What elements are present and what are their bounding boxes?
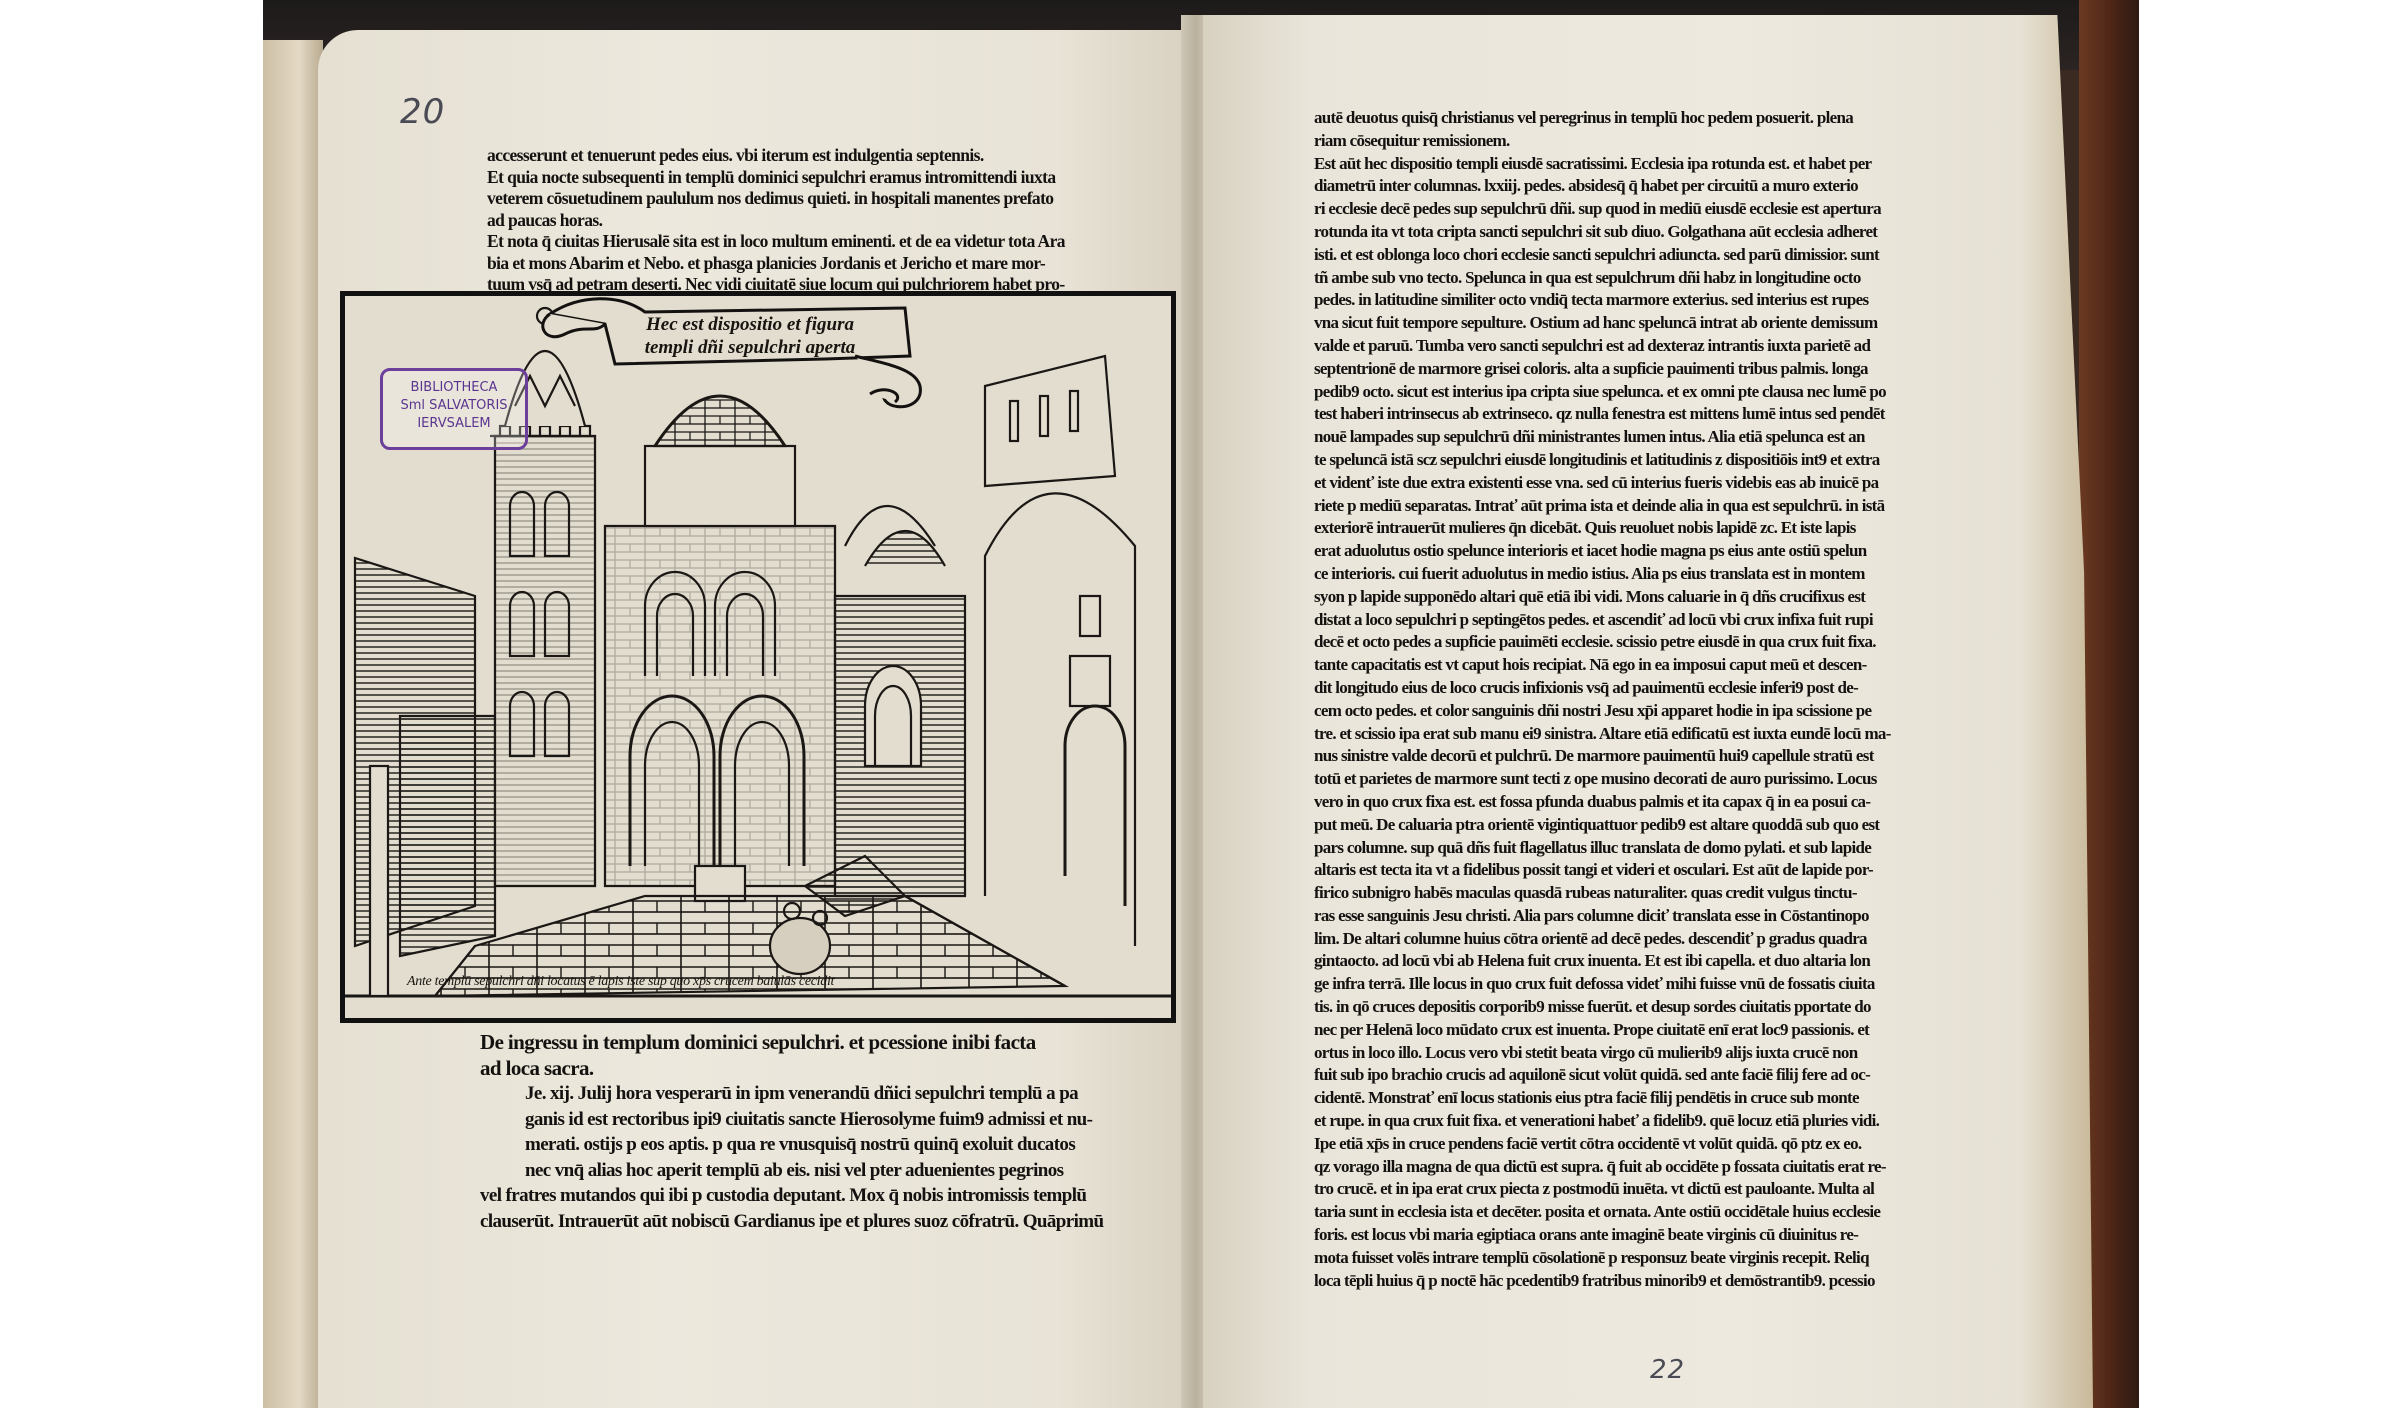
- text-line: nus sinistre valde decorū et pulchrū. De…: [1314, 745, 2026, 768]
- text-line: qz vorago illa magna de qua dictū est su…: [1314, 1156, 2026, 1179]
- text-line: loca tēpli huius q̄ p noctē hāc pcedenti…: [1314, 1270, 2026, 1293]
- left-page: 20 accesserunt et tenuerunt pedes eius. …: [318, 30, 1188, 1408]
- text-line: valde et paruū. Tumba vero sancti sepulc…: [1314, 335, 2026, 358]
- text-line: autē deuotus quisq̄ christianus vel pere…: [1314, 107, 2026, 130]
- text-line: veterem cōsuetudinem paululum nos dedimu…: [487, 188, 1127, 210]
- text-line: Je. xij. Julij hora vesperarū in ipm ven…: [480, 1081, 1180, 1107]
- text-line: test haberi intrinsecus ab extrinseco. q…: [1314, 403, 2026, 426]
- text-line: pedes. in latitudine similiter octo vndi…: [1314, 289, 2026, 312]
- text-line: pedib9 octo. sicut est interius ipa crip…: [1314, 381, 2026, 404]
- text-line: totū et parietes de marmore sunt tecti z…: [1314, 768, 2026, 791]
- text-line: isti. et est oblonga loco chori ecclesie…: [1314, 244, 2026, 267]
- text-line: riete p mediū separatas. Intrať aūt prim…: [1314, 495, 2026, 518]
- text-line: nec per Helenā loco mūdato crux est inue…: [1314, 1019, 2026, 1042]
- text-line: gintaocto. ad locū vbi ab Helena fuit cr…: [1314, 950, 2026, 973]
- text-line: altaris est tecta ita vt a fidelibus pos…: [1314, 859, 2026, 882]
- stamp-line: IERVSALEM: [383, 415, 525, 433]
- text-line: ortus in loco illo. Locus vero vbi steti…: [1314, 1042, 2026, 1065]
- woodcut-banner-text: Hec est dispositio et figura templi dñi …: [625, 313, 875, 359]
- page-number-left: 20: [400, 92, 445, 132]
- book-board-left: [263, 40, 323, 1408]
- text-line: exteriorē intrauerūt mulieres q̄n dicebā…: [1314, 517, 2026, 540]
- text-line: merati. ostijs p eos aptis. p qua re vnu…: [480, 1132, 1180, 1158]
- stamp-line: Sml SALVATORIS: [383, 397, 525, 415]
- text-line: distat a loco sepulchri p septingētos pe…: [1314, 609, 2026, 632]
- text-line: septentrionē de marmore grisei coloris. …: [1314, 358, 2026, 381]
- banner-line: templi dñi sepulchri aperta: [625, 336, 875, 359]
- text-line: vero in quo crux fixa est. est fossa pfu…: [1314, 791, 2026, 814]
- text-line: foris. est locus vbi maria egiptiaca ora…: [1314, 1224, 2026, 1247]
- text-line: rotunda ita vt tota cripta sancti sepulc…: [1314, 221, 2026, 244]
- text-line: ce interioris. cui fuerit aduolutus in m…: [1314, 563, 2026, 586]
- text-line: Et nota q̄ ciuitas Hierusalē sita est in…: [487, 231, 1127, 253]
- text-line: erat aduolutus ostio spelunce interioris…: [1314, 540, 2026, 563]
- text-line: te speluncā istā scz sepulchri eiusdē lo…: [1314, 449, 2026, 472]
- woodcut-illustration: Hec est dispositio et figura templi dñi …: [340, 291, 1176, 1023]
- text-line: tro crucē. et in ipa erat crux piecta z …: [1314, 1178, 2026, 1201]
- section-heading: De ingressu in templum dominici sepulchr…: [480, 1030, 1180, 1056]
- text-line: et videnť iste due extra existenti esse …: [1314, 472, 2026, 495]
- text-line: pars columne. sup quā dñs fuit flagellat…: [1314, 837, 2026, 860]
- text-line: vel fratres mutandos qui ibi p custodia …: [480, 1183, 1180, 1209]
- text-line: bia et mons Abarim et Nebo. et phasga pl…: [487, 253, 1127, 275]
- text-line: Et quia nocte subsequenti in templū domi…: [487, 167, 1127, 189]
- text-line: firico subnigro habēs maculas quasdā rub…: [1314, 882, 2026, 905]
- text-line: ge infra terrā. Ille locus in quo crux f…: [1314, 973, 2026, 996]
- text-line: ganis id est rectoribus ipi9 ciuitatis s…: [480, 1107, 1180, 1133]
- right-page-body-text: autē deuotus quisq̄ christianus vel pere…: [1314, 107, 2026, 1292]
- stamp-line: BIBLIOTHECA: [383, 379, 525, 397]
- text-line: fuit sub ipo brachio crucis ad aquilonē …: [1314, 1064, 2026, 1087]
- book-photo: 20 accesserunt et tenuerunt pedes eius. …: [263, 0, 2139, 1408]
- text-line: cem octo pedes. et color sanguinis dñi n…: [1314, 700, 2026, 723]
- text-line: ri ecclesie decē pedes sup sepulchrū dñi…: [1314, 198, 2026, 221]
- text-line: mota fuisset volēs intrare templū cōsola…: [1314, 1247, 2026, 1270]
- text-line: Ipe etiā xp̄s in cruce pendens faciē ver…: [1314, 1133, 2026, 1156]
- text-line: vna sicut fuit tempore sepulture. Ostium…: [1314, 312, 2026, 335]
- page-number-bottom: 22: [1650, 1355, 1685, 1385]
- text-line: syon p lapide supponēdo altari quē etiā …: [1314, 586, 2026, 609]
- text-line: tre. et scissio ipa erat sub manu ei9 si…: [1314, 723, 2026, 746]
- text-line: tñ ambe sub vno tecto. Spelunca in qua e…: [1314, 267, 2026, 290]
- text-line: accesserunt et tenuerunt pedes eius. vbi…: [487, 145, 1127, 167]
- left-page-bottom-section: De ingressu in templum dominici sepulchr…: [480, 1030, 1180, 1234]
- text-line: put meū. De caluaria ptra orientē vigint…: [1314, 814, 2026, 837]
- banner-line: Hec est dispositio et figura: [625, 313, 875, 336]
- text-line: decē et octo pedes a supficie pauimēti e…: [1314, 631, 2026, 654]
- woodcut-caption: Ante templū sepulchri dñi locatus ē lapi…: [407, 974, 1137, 990]
- text-line: diametrū inter columnas. lxxiij. pedes. …: [1314, 175, 2026, 198]
- text-line: dit longitudo eius de loco crucis infixi…: [1314, 677, 2026, 700]
- text-line: cidentē. Monstrať enī locus stationis ei…: [1314, 1087, 2026, 1110]
- section-heading: ad loca sacra.: [480, 1056, 1180, 1082]
- text-line: riam cōsequitur remissionem.: [1314, 130, 2026, 153]
- text-line: ras esse sanguinis Jesu christi. Alia pa…: [1314, 905, 2026, 928]
- text-line: tante capacitatis est vt caput hois reci…: [1314, 654, 2026, 677]
- text-line: ad paucas horas.: [487, 210, 1127, 232]
- text-line: nouē lampades sup sepulchrū dñi ministra…: [1314, 426, 2026, 449]
- text-line: tis. in qō cruces depositis corporib9 mi…: [1314, 996, 2026, 1019]
- text-line: Est aūt hec dispositio templi eiusdē sac…: [1314, 153, 2026, 176]
- text-line: taria sunt in ecclesia ista et decēter. …: [1314, 1201, 2026, 1224]
- text-line: nec vnq̄ alias hoc aperit templū ab eis.…: [480, 1158, 1180, 1184]
- library-stamp: BIBLIOTHECA Sml SALVATORIS IERVSALEM: [380, 368, 528, 450]
- text-line: clauserūt. Intrauerūt aūt nobiscū Gardia…: [480, 1209, 1180, 1235]
- text-line: et rupe. in qua crux fuit fixa. et vener…: [1314, 1110, 2026, 1133]
- text-line: lim. De altari columne huius cōtra orien…: [1314, 928, 2026, 951]
